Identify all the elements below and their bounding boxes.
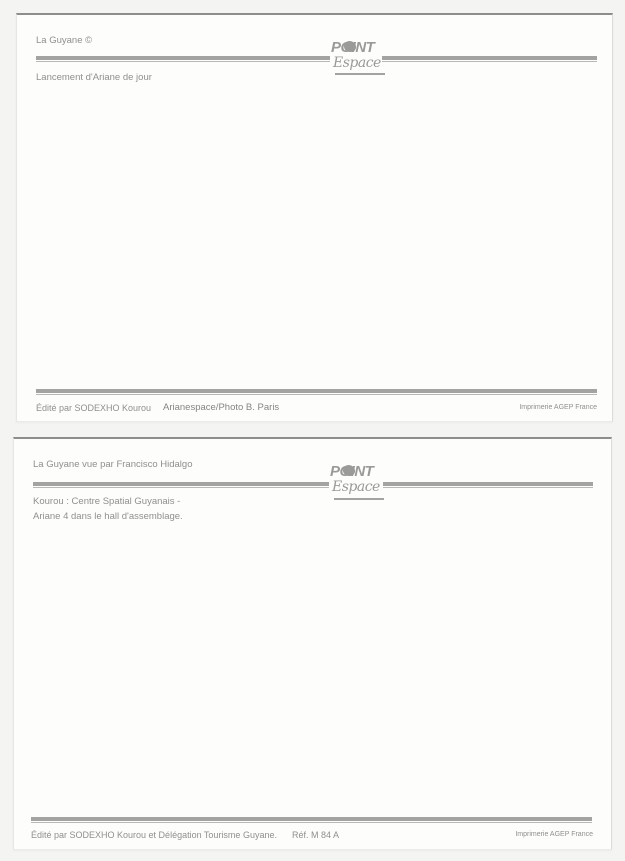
postcard-back-2: La Guyane vue par Francisco Hidalgo POIN… (13, 437, 612, 850)
header-rule-left (36, 56, 330, 60)
printer-text: Imprimerie AGEP France (515, 831, 593, 838)
point-espace-logo: POINT Espace (328, 463, 388, 503)
point-espace-logo: POINT Espace (329, 39, 389, 79)
header-rule-left (33, 482, 329, 486)
dove-icon (343, 465, 355, 476)
footer-rule (31, 817, 592, 821)
logo-underline (335, 73, 385, 75)
series-title: La Guyane © (36, 35, 92, 46)
photo-credit: Arianespace/Photo B. Paris (163, 402, 279, 413)
header-rule-right (383, 482, 593, 486)
caption-line: Kourou : Centre Spatial Guyanais - (33, 496, 180, 507)
printer-text: Imprimerie AGEP France (519, 404, 597, 411)
publisher-text: Édité par SODEXHO Kourou (36, 403, 151, 413)
dove-icon (344, 41, 356, 52)
reference-number: Réf. M 84 A (292, 830, 339, 840)
caption-line: Ariane 4 dans le hall d'assemblage. (33, 511, 183, 522)
publisher-text: Édité par SODEXHO Kourou et Délégation T… (31, 830, 277, 840)
logo-espace-text: Espace (333, 55, 381, 71)
postcard-back-1: La Guyane © POINT Espace Lancement d'Ari… (16, 13, 613, 422)
caption-line: Lancement d'Ariane de jour (36, 72, 152, 83)
footer-rule (36, 389, 597, 393)
logo-espace-text: Espace (332, 479, 380, 495)
logo-underline (334, 498, 384, 500)
series-title: La Guyane vue par Francisco Hidalgo (33, 459, 192, 470)
header-rule-right (382, 56, 597, 60)
